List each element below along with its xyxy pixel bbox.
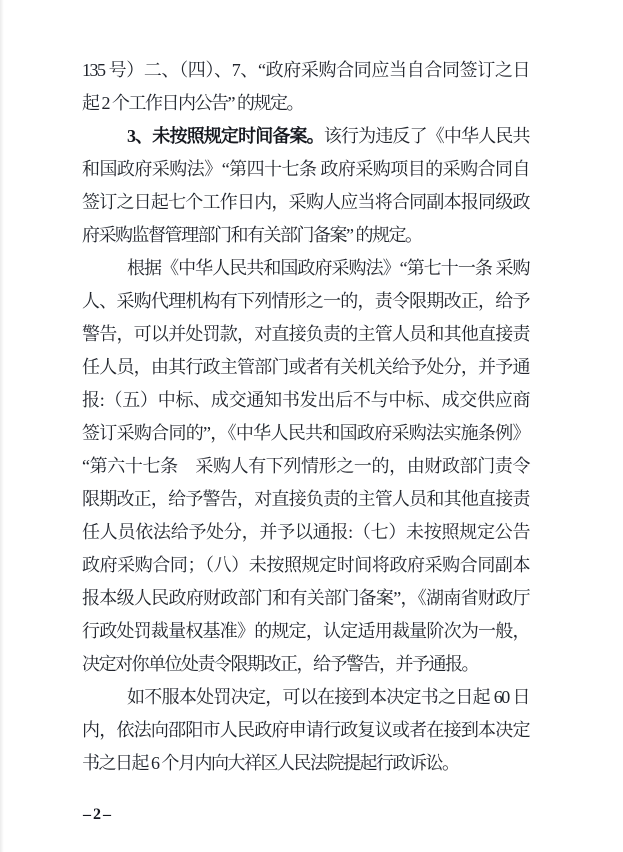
scan-edge-shadow bbox=[0, 0, 4, 852]
bold-run: 3、未按照规定时间备案。 bbox=[127, 126, 324, 146]
document-page: 135 号）二、（四）、7、“政府采购合同应当自合同签订之日 起 2 个工作日内… bbox=[0, 0, 623, 852]
doc-line: 人、采购代理机构有下列情形之一的，责令限期改正，给予 bbox=[82, 285, 529, 318]
doc-line: 3、未按照规定时间备案。该行为违反了《中华人民共 bbox=[82, 120, 529, 153]
doc-line: 任人员，由其行政主管部门或者有关机关给予处分，并予通 bbox=[82, 351, 529, 384]
doc-line: 警告，可以并处罚款，对直接负责的主管人员和其他直接责 bbox=[82, 318, 529, 351]
doc-line: 任人员依法给予处分，并予以通报:（七）未按照规定公告 bbox=[82, 516, 529, 549]
doc-line: 报:（五）中标、成交通知书发出后不与中标、成交供应商 bbox=[82, 384, 529, 417]
doc-line: 政府采购合同；（八）未按照规定时间将政府采购合同副本 bbox=[82, 549, 529, 582]
doc-line: 135 号）二、（四）、7、“政府采购合同应当自合同签订之日 bbox=[82, 54, 529, 87]
doc-line: “第六十七条 采购人有下列情形之一的，由财政部门责令 bbox=[82, 450, 529, 483]
page-number: –2– bbox=[83, 806, 113, 824]
doc-line: 行政处罚裁量权基准》的规定，认定适用裁量阶次为一般， bbox=[82, 615, 529, 648]
document-text: 135 号）二、（四）、7、“政府采购合同应当自合同签订之日 起 2 个工作日内… bbox=[82, 54, 529, 780]
doc-line: 如不服本处罚决定，可以在接到本决定书之日起 60 日 bbox=[82, 681, 529, 714]
doc-line: 内，依法向邵阳市人民政府申请行政复议或者在接到本决定 bbox=[82, 714, 529, 747]
doc-line: 府采购监督管理部门和有关部门备案” 的规定。 bbox=[82, 219, 529, 252]
doc-line: 决定对你单位处责令限期改正，给予警告，并予通报。 bbox=[82, 648, 529, 681]
doc-line: 签订之日起七个工作日内，采购人应当将合同副本报同级政 bbox=[82, 186, 529, 219]
doc-line: 报本级人民政府财政部门和有关部门备案”，《湖南省财政厅 bbox=[82, 582, 529, 615]
doc-line: 书之日起 6 个月内向大祥区人民法院提起行政诉讼。 bbox=[82, 747, 529, 780]
doc-line: 和国政府采购法》“第四十七条 政府采购项目的采购合同自 bbox=[82, 153, 529, 186]
doc-line: 签订采购合同的”，《中华人民共和国政府采购法实施条例》 bbox=[82, 417, 529, 450]
doc-line: 根据《中华人民共和国政府采购法》“第七十一条 采购 bbox=[82, 252, 529, 285]
doc-line: 限期改正，给予警告，对直接负责的主管人员和其他直接责 bbox=[82, 483, 529, 516]
doc-line: 起 2 个工作日内公告” 的规定。 bbox=[82, 87, 529, 120]
